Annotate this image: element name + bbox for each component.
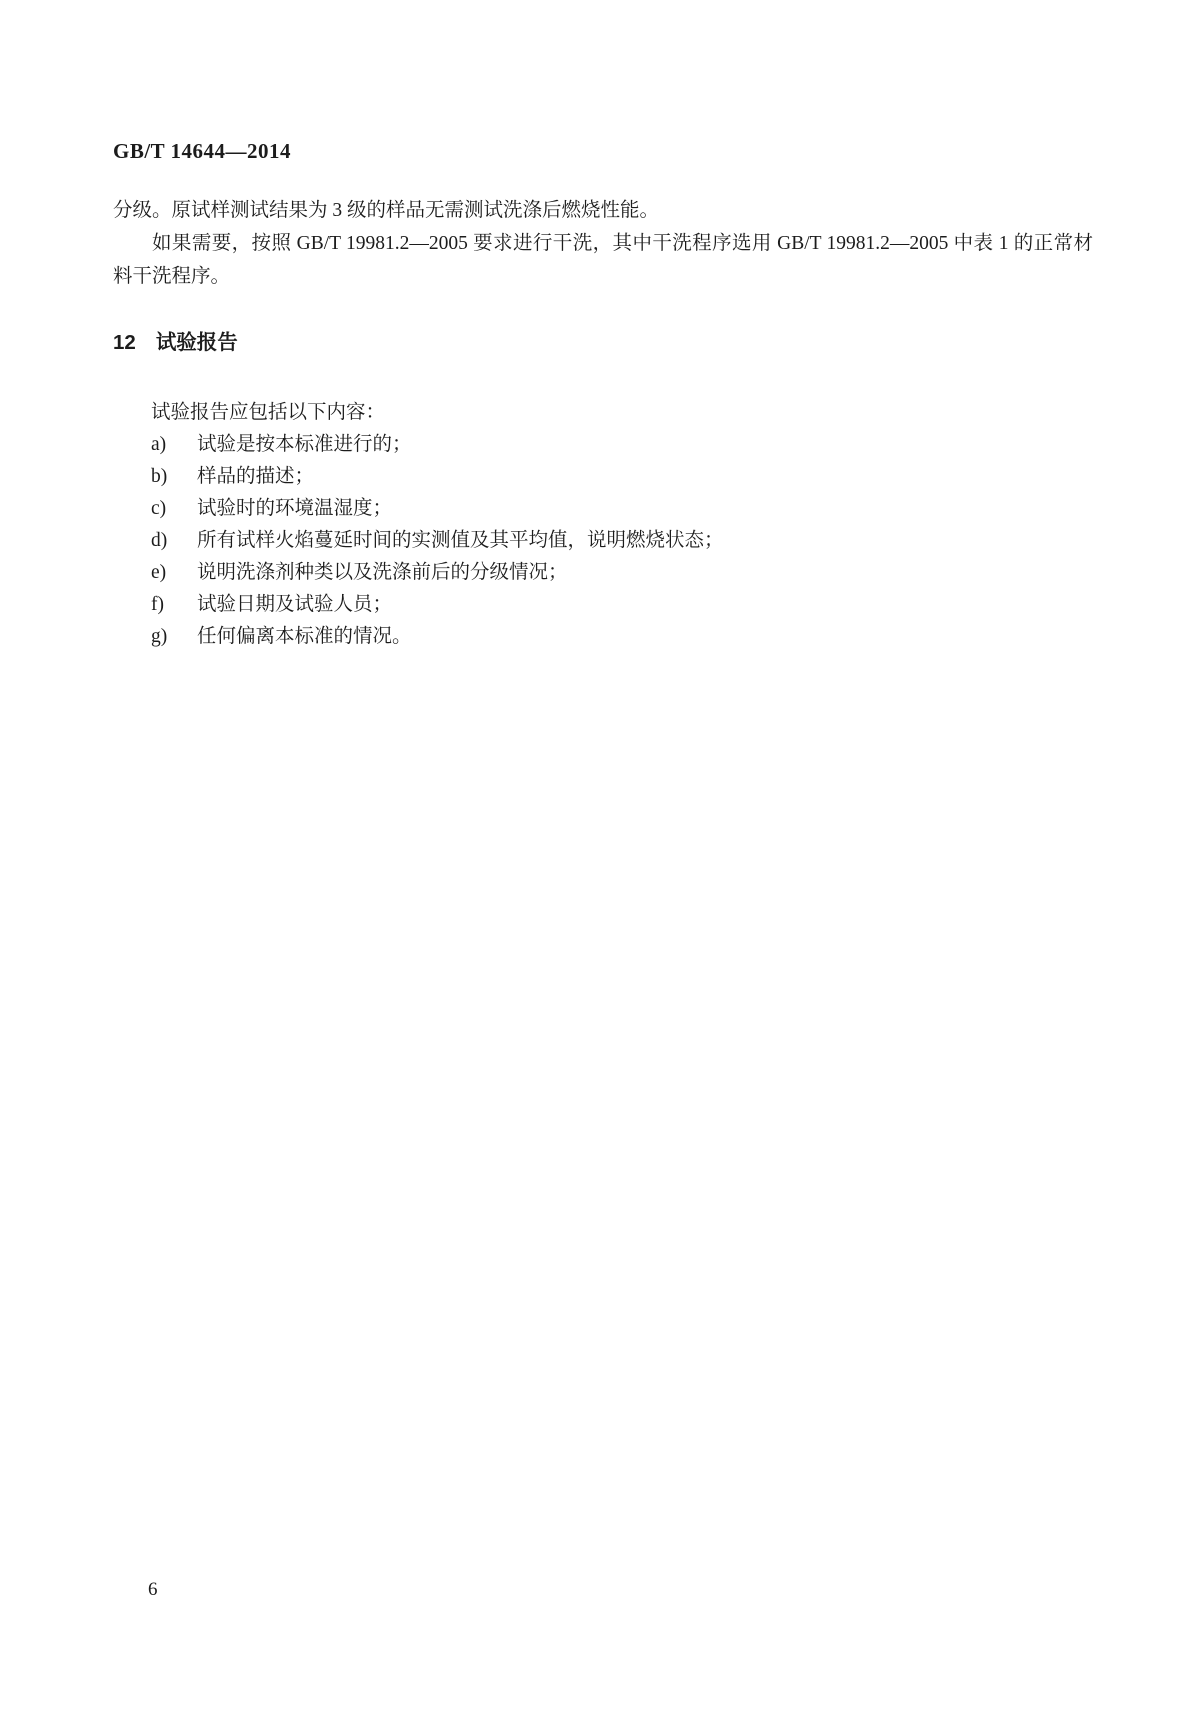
document-page: GB/T 14644—2014 分级。原试样测试结果为 3 级的样品无需测试洗涤…: [0, 0, 1200, 1719]
list-item-label: d): [151, 525, 197, 557]
list-item-text: 试验日期及试验人员；: [197, 589, 1093, 621]
list-item-text: 所有试样火焰蔓延时间的实测值及其平均值，说明燃烧状态；: [197, 525, 1093, 557]
list-item: a) 试验是按本标准进行的；: [151, 429, 1093, 461]
list-item: d) 所有试样火焰蔓延时间的实测值及其平均值，说明燃烧状态；: [151, 525, 1093, 557]
list-item: f) 试验日期及试验人员；: [151, 589, 1093, 621]
list-item-label: c): [151, 493, 197, 525]
list-item-text: 说明洗涤剂种类以及洗涤前后的分级情况；: [197, 557, 1093, 589]
paragraph-dry-cleaning: 如果需要，按照 GB/T 19981.2—2005 要求进行干洗，其中干洗程序选…: [113, 227, 1093, 293]
list-item-label: a): [151, 429, 197, 461]
list-item: e) 说明洗涤剂种类以及洗涤前后的分级情况；: [151, 557, 1093, 589]
list-item-text: 试验时的环境温湿度；: [197, 493, 1093, 525]
list-item: g) 任何偏离本标准的情况。: [151, 621, 1093, 653]
report-items-list: a) 试验是按本标准进行的； b) 样品的描述； c) 试验时的环境温湿度； d…: [151, 429, 1093, 653]
list-item-text: 试验是按本标准进行的；: [197, 429, 1093, 461]
list-item-label: e): [151, 557, 197, 589]
list-item-label: f): [151, 589, 197, 621]
list-item-text: 样品的描述；: [197, 461, 1093, 493]
paragraph-grading-continuation: 分级。原试样测试结果为 3 级的样品无需测试洗涤后燃烧性能。: [113, 194, 1093, 227]
standard-code-header: GB/T 14644—2014: [113, 138, 1093, 164]
section-number: 12: [113, 329, 136, 357]
list-item-text: 任何偏离本标准的情况。: [197, 621, 1093, 653]
page-number: 6: [148, 1578, 158, 1602]
page-content: GB/T 14644—2014 分级。原试样测试结果为 3 级的样品无需测试洗涤…: [113, 138, 1093, 653]
list-item: c) 试验时的环境温湿度；: [151, 493, 1093, 525]
list-item-label: b): [151, 461, 197, 493]
list-item: b) 样品的描述；: [151, 461, 1093, 493]
report-intro: 试验报告应包括以下内容：: [151, 397, 1093, 429]
list-item-label: g): [151, 621, 197, 653]
section-title: 试验报告: [156, 329, 238, 357]
section-heading: 12 试验报告: [113, 329, 1093, 357]
